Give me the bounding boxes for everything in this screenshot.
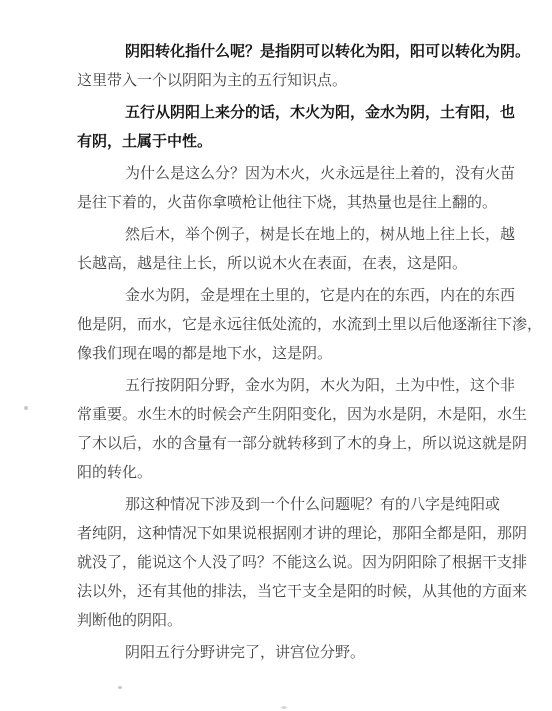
text-line: 五行按阴阳分野，金水为阴，木火为阳，土为中性，这个非	[77, 371, 524, 400]
document-body: 阴阳转化指什么呢？是指阴可以转化为阳，阳可以转化为阴。这里带入一个以阴阳为主的五…	[77, 37, 524, 667]
text-line: 为什么是这么分？因为木火，火永远是往上着的，没有火苗	[77, 159, 524, 188]
text-line: 那这种情况下涉及到一个什么问题呢？有的八字是纯阳或	[77, 490, 524, 519]
scan-speck	[281, 706, 287, 709]
text-line: 他是阴，而水，它是永远往低处流的，水流到土里以后他逐渐往下渗，	[77, 310, 524, 339]
text-line: 阳的转化。	[77, 458, 524, 487]
text-line: 就没了，能说这个人没了吗？不能这么说。因为阴阳除了根据干支排	[77, 548, 524, 577]
paragraph: 阴阳转化指什么呢？是指阴可以转化为阳，阳可以转化为阴。这里带入一个以阴阳为主的五…	[77, 37, 524, 95]
paragraph: 为什么是这么分？因为木火，火永远是往上着的，没有火苗是往下着的，火苗你拿喷枪让他…	[77, 159, 524, 217]
text-line: 阴阳转化指什么呢？是指阴可以转化为阳，阳可以转化为阴。	[77, 37, 524, 66]
text-line: 阴阳五行分野讲完了，讲宫位分野。	[77, 638, 524, 667]
document-page: 阴阳转化指什么呢？是指阴可以转化为阳，阳可以转化为阴。这里带入一个以阴阳为主的五…	[0, 0, 552, 711]
text-line: 判断他的阴阳。	[77, 606, 524, 635]
scan-speck	[118, 686, 122, 689]
paragraph: 金水为阴，金是埋在土里的，它是内在的东西，内在的东西他是阴，而水，它是永远往低处…	[77, 281, 524, 368]
text-line: 这里带入一个以阴阳为主的五行知识点。	[77, 66, 524, 95]
text-line: 然后木，举个例子，树是长在地上的，树从地上往上长，越	[77, 220, 524, 249]
paragraph: 五行按阴阳分野，金水为阴，木火为阳，土为中性，这个非常重要。水生木的时候会产生阴…	[77, 371, 524, 487]
text-line: 有阴，土属于中性。	[77, 127, 524, 156]
text-line: 法以外，还有其他的排法，当它干支全是阳的时候，从其他的方面来	[77, 577, 524, 606]
text-line: 像我们现在喝的都是地下水，这是阴。	[77, 339, 524, 368]
text-line: 常重要。水生木的时候会产生阴阳变化，因为水是阴，木是阳，水生	[77, 400, 524, 429]
paragraph: 那这种情况下涉及到一个什么问题呢？有的八字是纯阳或者纯阴，这种情况下如果说根据刚…	[77, 490, 524, 635]
text-line: 金水为阴，金是埋在土里的，它是内在的东西，内在的东西	[77, 281, 524, 310]
text-line: 长越高，越是往上长，所以说木火在表面，在表，这是阳。	[77, 249, 524, 278]
text-line: 是往下着的，火苗你拿喷枪让他往下烧，其热量也是往上翻的。	[77, 188, 524, 217]
paragraph: 阴阳五行分野讲完了，讲宫位分野。	[77, 638, 524, 667]
scan-speck	[24, 406, 28, 410]
text-line: 五行从阴阳上来分的话，木火为阳，金水为阴，土有阳，也	[77, 98, 524, 127]
paragraph: 五行从阴阳上来分的话，木火为阳，金水为阴，土有阳，也有阴，土属于中性。	[77, 98, 524, 156]
paragraph: 然后木，举个例子，树是长在地上的，树从地上往上长，越长越高，越是往上长，所以说木…	[77, 220, 524, 278]
text-line: 者纯阴，这种情况下如果说根据刚才讲的理论，那阳全都是阳，那阴	[77, 519, 524, 548]
text-line: 了木以后，水的含量有一部分就转移到了木的身上，所以说这就是阴	[77, 429, 524, 458]
